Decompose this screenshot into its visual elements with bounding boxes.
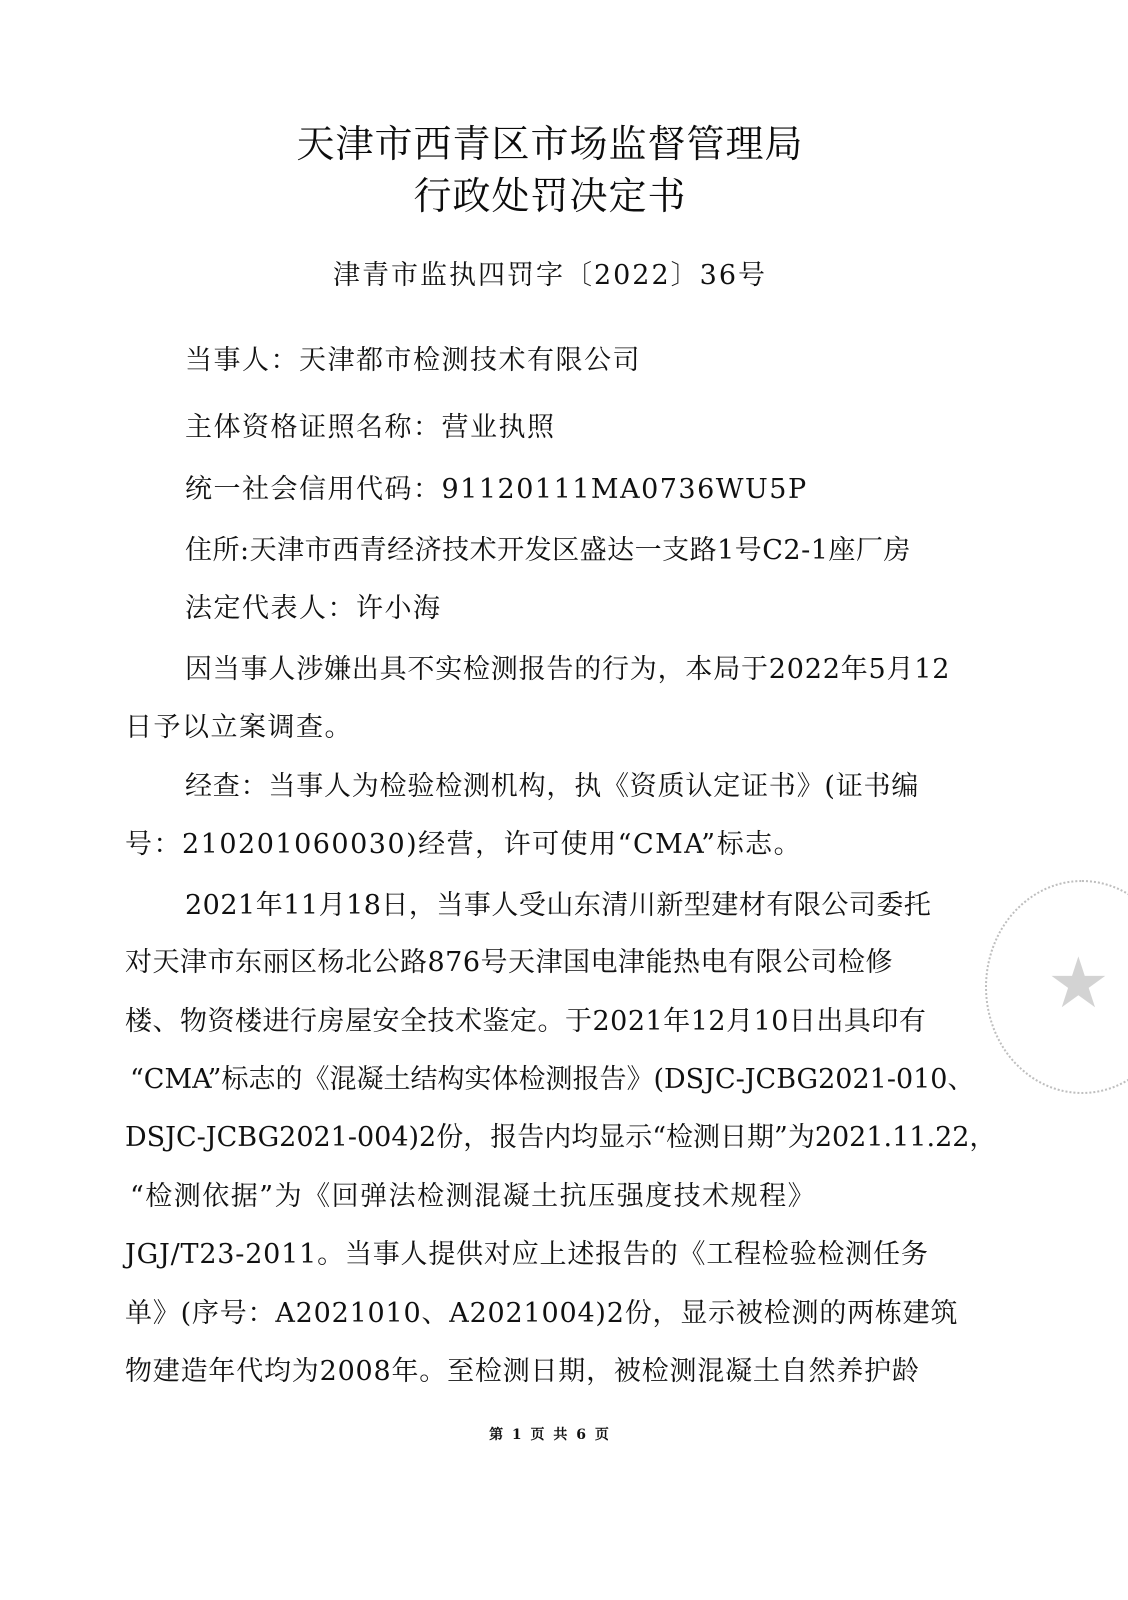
- party-address: 住所:天津市西青经济技术开发区盛达一支路1号C2-1座厂房: [185, 528, 911, 567]
- agency-title: 天津市西青区市场监督管理局: [0, 113, 1100, 168]
- official-seal-icon: ★: [985, 880, 1128, 1094]
- body-line: “检测依据”为《回弹法检测混凝土抗压强度技术规程》: [130, 1174, 816, 1213]
- body-line: 日予以立案调查。: [125, 705, 353, 744]
- body-line: 2021年11月18日，当事人受山东清川新型建材有限公司委托: [185, 883, 931, 922]
- party-name: 当事人：天津都市检测技术有限公司: [185, 338, 641, 377]
- body-line: 对天津市东丽区杨北公路876号天津国电津能热电有限公司检修: [125, 940, 893, 979]
- document-type-title: 行政处罚决定书: [0, 165, 1100, 220]
- seal-star-icon: ★: [1047, 942, 1110, 1024]
- document-number: 津青市监执四罚字〔2022〕36号: [0, 253, 1100, 292]
- party-credit-code: 统一社会信用代码：91120111MA0736WU5P: [185, 467, 808, 506]
- body-line: JGJ/T23-2011。当事人提供对应上述报告的《工程检验检测任务: [125, 1232, 929, 1271]
- body-line: 单》(序号：A2021010、A2021004)2份，显示被检测的两栋建筑: [125, 1291, 958, 1330]
- body-line: 楼、物资楼进行房屋安全技术鉴定。于2021年12月10日出具印有: [125, 999, 926, 1038]
- body-line: 经查：当事人为检验检测机构，执《资质认定证书》(证书编: [185, 764, 919, 803]
- party-legal-representative: 法定代表人：许小海: [185, 586, 442, 625]
- body-line: “CMA”标志的《混凝土结构实体检测报告》(DSJC-JCBG2021-010、: [130, 1057, 975, 1096]
- page-number: 第 1 页 共 6 页: [0, 1424, 1100, 1444]
- body-line: 物建造年代均为2008年。至检测日期，被检测混凝土自然养护龄: [125, 1349, 920, 1388]
- body-line: 号：210201060030)经营，许可使用“CMA”标志。: [125, 822, 802, 861]
- body-line: DSJC-JCBG2021-004)2份，报告内均显示“检测日期”为2021.1…: [125, 1115, 996, 1154]
- body-line: 因当事人涉嫌出具不实检测报告的行为，本局于2022年5月12: [185, 647, 950, 686]
- party-license-type: 主体资格证照名称：营业执照: [185, 405, 556, 444]
